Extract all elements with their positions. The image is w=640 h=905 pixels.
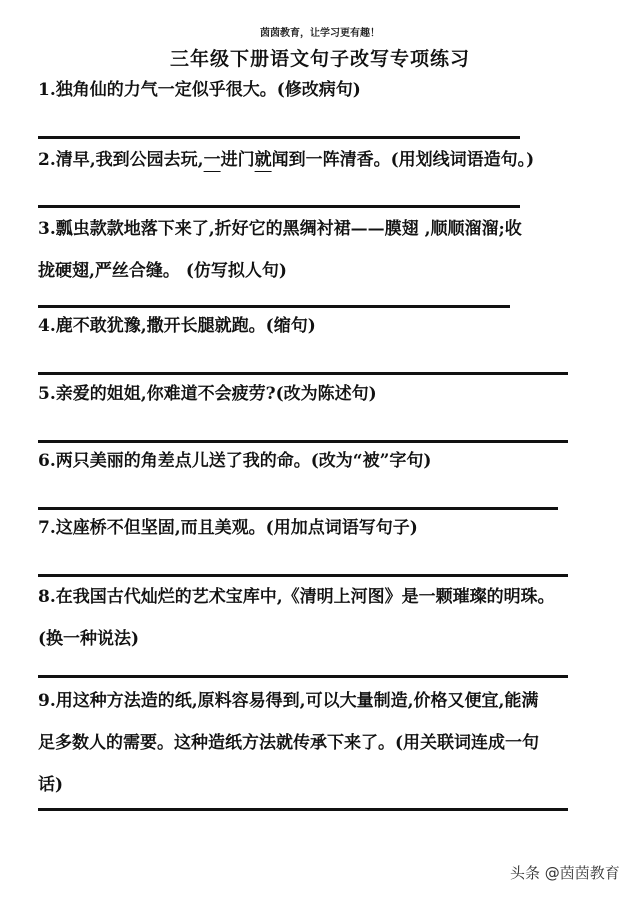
question-number: 9. — [38, 691, 56, 711]
question-text-line3: 话) — [38, 764, 539, 806]
question-text: 用这种方法造的纸,原料容易得到,可以大量制造,价格又便宜,能满 — [56, 691, 539, 711]
question-6: 6.两只美丽的角差点儿送了我的命。(改为“被”字句) — [38, 443, 431, 479]
question-text: 亲爱的姐姐,你难道不会疲劳?(改为陈述句) — [56, 384, 377, 404]
question-text: 进门 — [221, 150, 255, 170]
question-number: 5. — [38, 384, 56, 404]
header-note: 茵茵教育，让学习更有趣！ — [0, 24, 640, 39]
question-5: 5.亲爱的姐姐,你难道不会疲劳?(改为陈述句) — [38, 376, 377, 412]
question-number: 4. — [38, 316, 56, 336]
question-number: 6. — [38, 451, 56, 471]
question-text-line2: 拢硬翅,严丝合缝。 (仿写拟人句) — [38, 250, 522, 292]
question-number: 8. — [38, 587, 56, 607]
underlined-word: 一 — [204, 150, 221, 170]
question-text-line2: 足多数人的需要。这种造纸方法就传承下来了。(用关联词连成一句 — [38, 722, 539, 764]
question-text: 两只美丽的角差点儿送了我的命。(改为“被”字句) — [56, 451, 432, 471]
question-1: 1.独角仙的力气一定似乎很大。(修改病句) — [38, 72, 361, 108]
question-8: 8.在我国古代灿烂的艺术宝库中,《清明上河图》是一颗璀璨的明珠。 (换一种说法) — [38, 576, 555, 660]
question-9: 9.用这种方法造的纸,原料容易得到,可以大量制造,价格又便宜,能满 足多数人的需… — [38, 680, 539, 806]
question-text: 清早,我到公园去玩, — [56, 150, 204, 170]
watermark: 头条 @茵茵教育 — [510, 862, 620, 883]
question-text: 在我国古代灿烂的艺术宝库中,《清明上河图》是一颗璀璨的明珠。 — [56, 587, 555, 607]
answer-line-8[interactable] — [38, 675, 568, 678]
question-number: 7. — [38, 518, 56, 538]
answer-line-9[interactable] — [38, 808, 568, 811]
question-text: 鹿不敢犹豫,撒开长腿就跑。(缩句) — [56, 316, 316, 336]
question-text: 闻到一阵清香。(用划线词语造句。) — [272, 150, 535, 170]
question-4: 4.鹿不敢犹豫,撒开长腿就跑。(缩句) — [38, 308, 316, 344]
question-number: 1. — [38, 80, 56, 100]
question-number: 3. — [38, 219, 56, 239]
answer-line-1[interactable] — [38, 136, 520, 139]
question-text: 独角仙的力气一定似乎很大。(修改病句) — [56, 80, 361, 100]
question-3: 3.瓢虫款款地落下来了,折好它的黑绸衬裙——膜翅 ,顺顺溜溜;收 拢硬翅,严丝合… — [38, 208, 522, 292]
page-title: 三年级下册语文句子改写专项练习 — [0, 44, 640, 71]
answer-line-4[interactable] — [38, 372, 568, 375]
question-text: 瓢虫款款地落下来了,折好它的黑绸衬裙——膜翅 ,顺顺溜溜;收 — [56, 219, 522, 239]
question-2: 2.清早,我到公园去玩,一进门就闻到一阵清香。(用划线词语造句。) — [38, 142, 534, 178]
question-text: 这座桥不但坚固,而且美观。(用加点词语写句子) — [56, 518, 418, 538]
underlined-word: 就 — [255, 150, 272, 170]
question-text-line2: (换一种说法) — [38, 618, 555, 660]
question-7: 7.这座桥不但坚固,而且美观。(用加点词语写句子) — [38, 510, 418, 546]
question-number: 2. — [38, 150, 56, 170]
